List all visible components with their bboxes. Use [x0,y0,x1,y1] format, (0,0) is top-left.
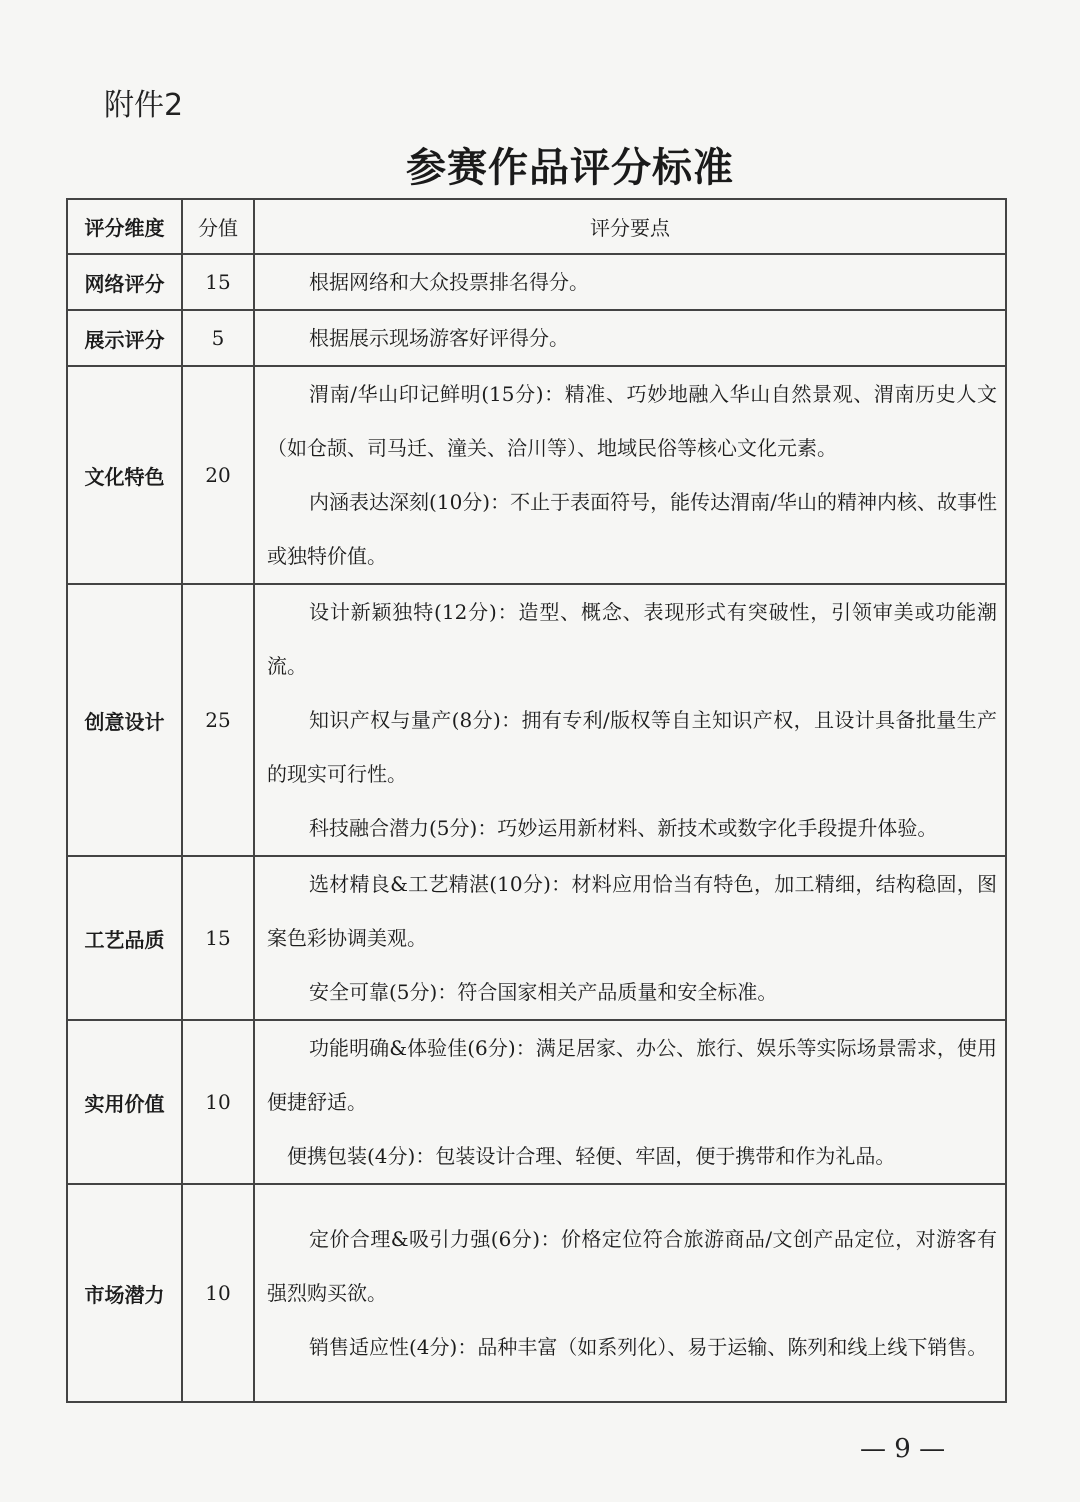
table-row: 网络评分15根据网络和大众投票排名得分。 [67,254,1006,310]
scoring-point: 渭南/华山印记鲜明(15分)：精准、巧妙地融入华山自然景观、渭南历史人文（如仓颉… [267,367,997,475]
scoring-point: 知识产权与量产(8分)：拥有专利/版权等自主知识产权，且设计具备批量生产的现实可… [267,693,997,801]
table-row: 文化特色20渭南/华山印记鲜明(15分)：精准、巧妙地融入华山自然景观、渭南历史… [67,366,1006,584]
scoring-point: 安全可靠(5分)：符合国家相关产品质量和安全标准。 [267,965,997,1019]
attachment-label: 附件2 [104,80,183,124]
scoring-point: 设计新颖独特(12分)：造型、概念、表现形式有突破性，引领审美或功能潮流。 [267,585,997,693]
score-cell: 10 [182,1184,254,1402]
table-row: 工艺品质15选材精良&工艺精湛(10分)：材料应用恰当有特色，加工精细，结构稳固… [67,856,1006,1020]
scoring-point: 根据展示现场游客好评得分。 [267,311,997,365]
dimension-cell: 展示评分 [67,310,182,366]
scoring-point: 定价合理&吸引力强(6分)：价格定位符合旅游商品/文创产品定位，对游客有强烈购买… [267,1212,997,1320]
table-row: 创意设计25设计新颖独特(12分)：造型、概念、表现形式有突破性，引领审美或功能… [67,584,1006,856]
score-cell: 15 [182,254,254,310]
document-title: 参赛作品评分标准 [0,136,1080,193]
points-cell: 设计新颖独特(12分)：造型、概念、表现形式有突破性，引领审美或功能潮流。知识产… [254,584,1006,856]
points-cell: 定价合理&吸引力强(6分)：价格定位符合旅游商品/文创产品定位，对游客有强烈购买… [254,1184,1006,1402]
scoring-point: 销售适应性(4分)：品种丰富（如系列化）、易于运输、陈列和线上线下销售。 [267,1320,997,1374]
dimension-cell: 网络评分 [67,254,182,310]
points-cell: 功能明确&体验佳(6分)：满足居家、办公、旅行、娱乐等实际场景需求，使用便捷舒适… [254,1020,1006,1184]
header-score: 分值 [182,199,254,254]
dimension-cell: 工艺品质 [67,856,182,1020]
score-cell: 5 [182,310,254,366]
scoring-point: 内涵表达深刻(10分)：不止于表面符号，能传达渭南/华山的精神内核、故事性或独特… [267,475,997,583]
score-cell: 10 [182,1020,254,1184]
points-cell: 根据展示现场游客好评得分。 [254,310,1006,366]
header-dimension: 评分维度 [67,199,182,254]
table-header-row: 评分维度 分值 评分要点 [67,199,1006,254]
dimension-cell: 实用价值 [67,1020,182,1184]
table-row: 展示评分5根据展示现场游客好评得分。 [67,310,1006,366]
scoring-criteria-table: 评分维度 分值 评分要点 网络评分15根据网络和大众投票排名得分。展示评分5根据… [66,198,1007,1403]
scoring-point: 根据网络和大众投票排名得分。 [267,255,997,309]
dimension-cell: 文化特色 [67,366,182,584]
points-cell: 选材精良&工艺精湛(10分)：材料应用恰当有特色，加工精细，结构稳固，图案色彩协… [254,856,1006,1020]
scoring-point: 功能明确&体验佳(6分)：满足居家、办公、旅行、娱乐等实际场景需求，使用便捷舒适… [267,1021,997,1129]
scoring-point: 科技融合潜力(5分)：巧妙运用新材料、新技术或数字化手段提升体验。 [267,801,997,855]
scoring-point: 便携包装(4分)：包装设计合理、轻便、牢固，便于携带和作为礼品。 [267,1129,997,1183]
score-cell: 20 [182,366,254,584]
header-points: 评分要点 [254,199,1006,254]
score-cell: 25 [182,584,254,856]
score-cell: 15 [182,856,254,1020]
dimension-cell: 市场潜力 [67,1184,182,1402]
table-row: 实用价值10功能明确&体验佳(6分)：满足居家、办公、旅行、娱乐等实际场景需求，… [67,1020,1006,1184]
dimension-cell: 创意设计 [67,584,182,856]
table-row: 市场潜力10定价合理&吸引力强(6分)：价格定位符合旅游商品/文创产品定位，对游… [67,1184,1006,1402]
scoring-point: 选材精良&工艺精湛(10分)：材料应用恰当有特色，加工精细，结构稳固，图案色彩协… [267,857,997,965]
page-number: — 9 — [860,1434,945,1464]
points-cell: 根据网络和大众投票排名得分。 [254,254,1006,310]
points-cell: 渭南/华山印记鲜明(15分)：精准、巧妙地融入华山自然景观、渭南历史人文（如仓颉… [254,366,1006,584]
